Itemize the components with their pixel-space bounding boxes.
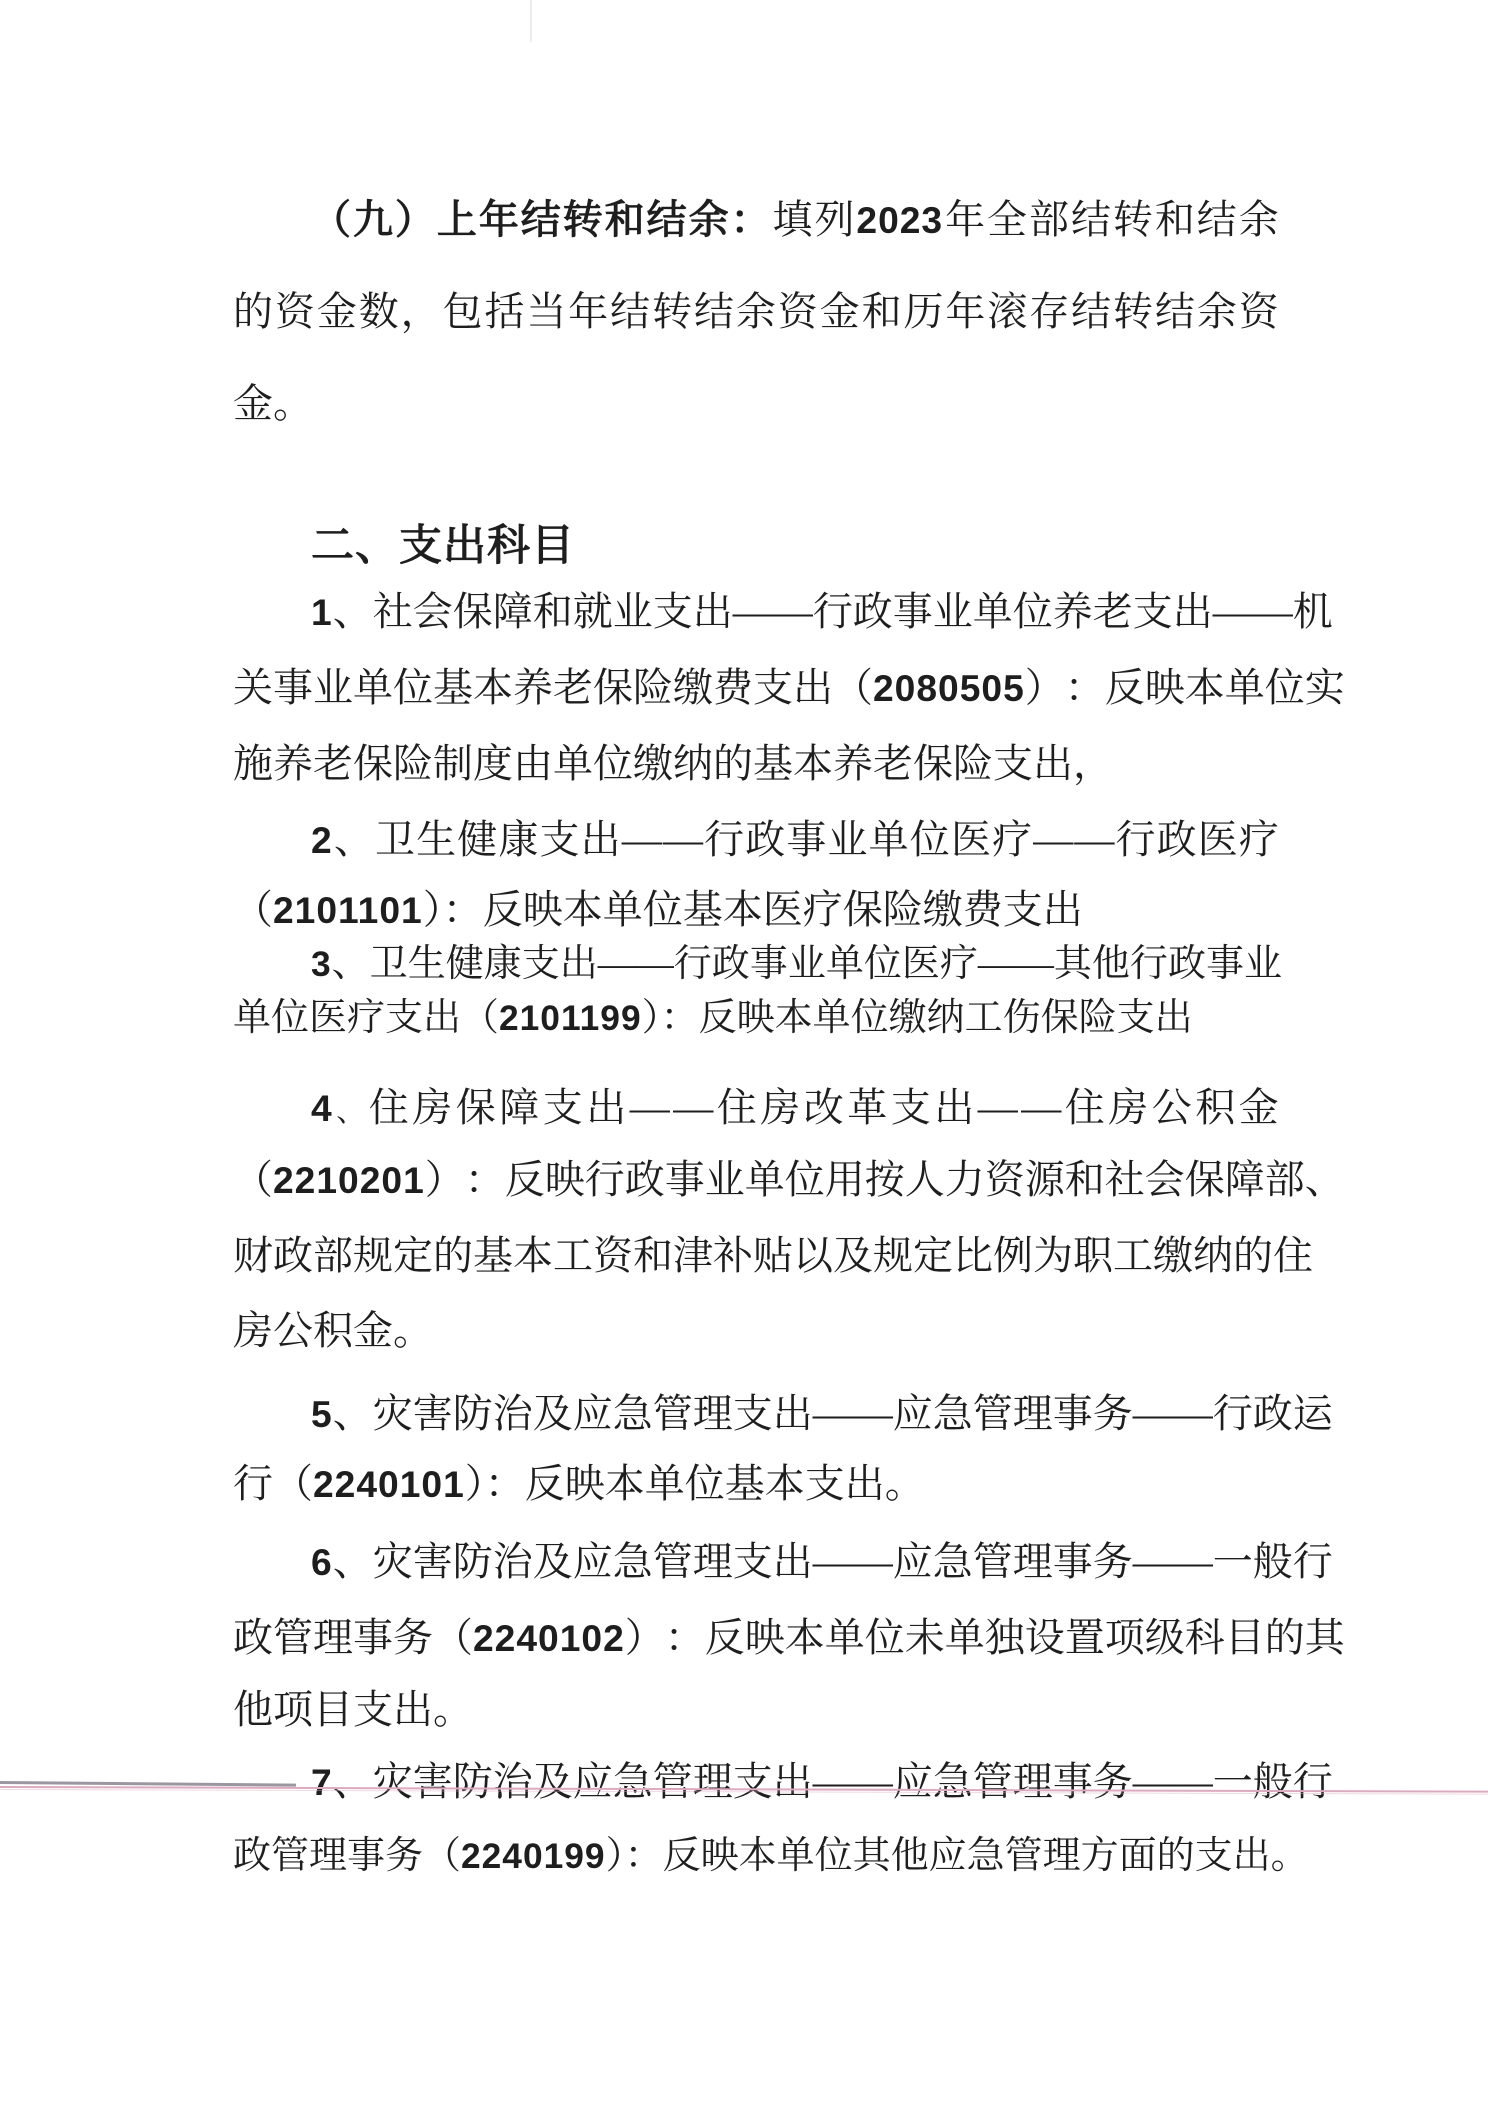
text-segment: 生 <box>408 940 446 988</box>
text-segment: 害 <box>413 1756 453 1808</box>
text-segment: 业 <box>705 1154 745 1206</box>
text-segment: 基 <box>433 662 473 714</box>
text-segment: 应 <box>893 1756 933 1808</box>
text-segment: ）：反映本单位缴纳工伤保险支出 <box>642 997 1193 1039</box>
text-segment: 部 <box>1265 1154 1305 1206</box>
text-segment: 政 <box>853 586 893 638</box>
text-segment: — <box>1033 814 1073 866</box>
text-segment: 应 <box>573 1756 613 1808</box>
text-segment: 2240199 <box>461 1837 606 1876</box>
text-segment: 的 <box>1265 1612 1305 1664</box>
text-segment: 力 <box>945 1154 985 1206</box>
text-segment: 位 <box>910 814 950 866</box>
text-segment: — <box>1133 1756 1173 1808</box>
text-segment: 理 <box>1013 1536 1053 1588</box>
text-segment: 的 <box>1233 1230 1273 1282</box>
text-segment: 单 <box>869 814 909 866</box>
text-segment: ）：反映本单位其他应急管理方面的支出。 <box>606 1835 1309 1877</box>
text-segment: 疗 <box>940 940 978 988</box>
text-line: 4、住房保障支出——住房改革支出——住房公积金 <box>233 1082 1279 1134</box>
text-segment: 映 <box>1145 662 1185 714</box>
text-segment: 出 <box>581 814 621 866</box>
text-segment: 反 <box>1105 662 1145 714</box>
text-segment: 源 <box>1025 1154 1065 1206</box>
text-segment: 定 <box>913 1230 953 1282</box>
text-segment: 住 <box>717 1082 757 1134</box>
text-segment: 生 <box>416 814 456 866</box>
text-segment: 灾 <box>373 1536 413 1588</box>
text-segment: 金 <box>1239 1082 1279 1134</box>
text-segment: 政 <box>273 1230 313 1282</box>
text-segment: 政 <box>1157 814 1197 866</box>
text-segment: 务 <box>1093 1388 1133 1440</box>
text-segment: 出 <box>934 1082 974 1134</box>
text-segment: 级 <box>1145 1612 1185 1664</box>
text-segment: 般 <box>1253 1536 1293 1588</box>
text-segment: 管 <box>273 1612 313 1664</box>
text-segment: 支 <box>733 1536 773 1588</box>
text-segment: 本 <box>785 1612 825 1664</box>
text-segment: 政 <box>745 814 785 866</box>
text-segment: 业 <box>828 814 868 866</box>
text-segment: 未 <box>905 1612 945 1664</box>
text-segment: 单 <box>973 586 1013 638</box>
text-line: 二、支出科目 <box>233 520 1279 572</box>
text-segment: 结 <box>1071 286 1111 338</box>
text-segment: 他项目支出。 <box>233 1687 473 1732</box>
text-segment: 映 <box>745 1612 785 1664</box>
text-segment: 理 <box>1013 1756 1053 1808</box>
text-segment: — <box>1074 814 1114 866</box>
text-segment: — <box>853 1388 893 1440</box>
text-segment: （ <box>833 662 873 714</box>
text-segment: 理 <box>693 1756 733 1808</box>
text-segment: 般 <box>1253 1756 1293 1808</box>
text-segment: — <box>663 814 703 866</box>
text-line: （2101101）：反映本单位基本医疗保险缴费支出 <box>233 884 1279 936</box>
text-segment: 为 <box>1033 1230 1073 1282</box>
text-segment: 养 <box>1053 586 1093 638</box>
text-segment: 老 <box>1093 586 1133 638</box>
text-segment: ： <box>731 194 771 246</box>
text-segment: 一 <box>1213 1536 1253 1588</box>
text-segment: 包 <box>443 286 483 338</box>
text-segment: 资 <box>778 286 818 338</box>
text-segment: 事 <box>665 1154 705 1206</box>
text-segment: 保 <box>593 662 633 714</box>
text-segment: 事 <box>353 1612 393 1664</box>
text-line: 政管理事务（2240199）：反映本单位其他应急管理方面的支出。 <box>233 1832 1279 1880</box>
text-segment: 费 <box>713 662 753 714</box>
text-segment: 反 <box>505 1154 545 1206</box>
text-segment: 出 <box>1173 586 1213 638</box>
text-line: 单位医疗支出（2101199）：反映本单位缴纳工伤保险支出 <box>233 994 1279 1042</box>
text-segment: 行 <box>1293 1756 1333 1808</box>
text-segment: 结 <box>647 194 687 246</box>
text-segment: 急 <box>933 1536 973 1588</box>
text-segment: 和 <box>1065 1154 1105 1206</box>
text-segment: — <box>636 940 674 988</box>
text-segment: 、 <box>1305 1154 1345 1206</box>
text-segment: 津 <box>673 1230 713 1282</box>
text-segment: 政 <box>1253 1388 1293 1440</box>
text-segment: 理 <box>1013 1388 1053 1440</box>
text-segment: — <box>733 586 773 638</box>
text-segment: 险 <box>633 662 673 714</box>
text-segment: 转 <box>563 194 603 246</box>
text-segment: ） <box>395 194 435 246</box>
text-segment: （ <box>433 1612 473 1664</box>
text-segment: 结 <box>694 286 734 338</box>
text-segment: 改 <box>804 1082 844 1134</box>
text-segment: 纳 <box>1193 1230 1233 1282</box>
text-segment: 管 <box>973 1388 1013 1440</box>
text-segment: 、 <box>333 1536 373 1588</box>
text-segment: 7 <box>311 1756 333 1808</box>
text-segment: 房公积金。 <box>233 1308 433 1353</box>
text-segment: 资 <box>275 286 315 338</box>
text-segment: 定 <box>393 1230 433 1282</box>
text-segment: 位 <box>865 1612 905 1664</box>
text-line: 金。 <box>233 378 1279 430</box>
text-segment: 位 <box>1013 586 1053 638</box>
text-segment: — <box>813 1536 853 1588</box>
text-segment: 部 <box>1029 194 1069 246</box>
text-segment: — <box>1133 1388 1173 1440</box>
text-segment: 缴 <box>1153 1230 1193 1282</box>
text-segment: 转 <box>1113 194 1153 246</box>
text-segment: 金 <box>820 286 860 338</box>
text-segment: — <box>1253 586 1293 638</box>
text-segment: 位 <box>393 662 433 714</box>
text-segment: — <box>1173 1756 1213 1808</box>
text-segment: 2240101 <box>313 1463 465 1505</box>
text-segment: — <box>978 940 1016 988</box>
text-segment: （ <box>233 887 273 932</box>
text-segment: 余 <box>1197 286 1237 338</box>
text-segment: 行 <box>704 814 744 866</box>
text-segment: 资 <box>1239 286 1279 338</box>
text-segment: 疗 <box>1239 814 1279 866</box>
text-segment: — <box>1133 1536 1173 1588</box>
text-segment: 和 <box>605 194 645 246</box>
text-segment: 灾 <box>373 1388 413 1440</box>
text-segment: 行（ <box>233 1461 313 1506</box>
text-segment: 九 <box>353 194 393 246</box>
text-segment: 、 <box>333 1388 373 1440</box>
text-segment: 年 <box>945 286 985 338</box>
text-segment: 单 <box>1225 662 1265 714</box>
text-segment: 出 <box>773 1388 813 1440</box>
text-line: 他项目支出。 <box>233 1684 1279 1736</box>
text-segment: 行 <box>1293 1536 1333 1588</box>
text-segment: 事 <box>786 814 826 866</box>
text-segment: 出 <box>586 1082 626 1134</box>
text-segment: 务 <box>1093 1756 1133 1808</box>
text-segment: 实 <box>1305 662 1345 714</box>
text-segment: 财 <box>233 1230 273 1282</box>
text-segment: 、 <box>333 586 373 638</box>
text-line: 的资金数，包括当年结转结余资金和历年滚存结转结余资 <box>233 286 1279 338</box>
text-segment: 机 <box>1293 586 1333 638</box>
text-segment: 的 <box>433 1230 473 1282</box>
text-segment: 一 <box>1213 1756 1253 1808</box>
text-segment: 应 <box>893 1536 933 1588</box>
text-segment: 及 <box>833 1230 873 1282</box>
text-segment: 映 <box>545 1154 585 1206</box>
text-segment: 位 <box>864 940 902 988</box>
text-segment: 结 <box>610 286 650 338</box>
text-segment: 业 <box>1244 940 1282 988</box>
text-segment: 管 <box>973 1536 1013 1588</box>
text-segment: 支 <box>540 814 580 866</box>
text-segment: 务 <box>393 1612 433 1664</box>
text-segment: 其 <box>1305 1612 1345 1664</box>
text-segment: （ <box>233 1154 273 1206</box>
text-segment: 害 <box>413 1536 453 1588</box>
text-segment: 上 <box>437 194 477 246</box>
text-segment: 公 <box>1152 1082 1192 1134</box>
text-segment: 关 <box>233 662 273 714</box>
text-segment: 余 <box>736 286 776 338</box>
text-segment: 单 <box>353 662 393 714</box>
text-segment: 防 <box>453 1756 493 1808</box>
text-segment: 5 <box>311 1388 333 1440</box>
text-segment: 反 <box>705 1612 745 1664</box>
text-segment: 2101101 <box>273 889 423 931</box>
text-segment: — <box>773 586 813 638</box>
text-segment: 事 <box>1053 1756 1093 1808</box>
text-segment: 理 <box>693 1388 733 1440</box>
text-segment: 和 <box>633 1230 673 1282</box>
text-segment: ： <box>665 1612 705 1664</box>
text-segment: 按 <box>865 1154 905 1206</box>
text-segment: — <box>1021 1082 1061 1134</box>
text-segment: 急 <box>933 1756 973 1808</box>
text-segment: 卫 <box>370 940 408 988</box>
text-line: 政管理事务（2240102）：反映本单位未单独设置项级科目的其 <box>233 1612 1279 1664</box>
text-segment: 医 <box>902 940 940 988</box>
text-segment: 积 <box>1195 1082 1235 1134</box>
text-segment: 治 <box>493 1536 533 1588</box>
text-segment: 业 <box>313 662 353 714</box>
text-segment: 职 <box>1073 1230 1113 1282</box>
text-segment: — <box>813 1388 853 1440</box>
text-segment: — <box>673 1082 713 1134</box>
text-segment: 出 <box>773 1536 813 1588</box>
text-segment: 其 <box>1054 940 1092 988</box>
text-segment: 保 <box>1185 1154 1225 1206</box>
text-segment: 、 <box>334 814 374 866</box>
text-segment: 害 <box>413 1388 453 1440</box>
text-segment: 住 <box>1065 1082 1105 1134</box>
text-segment: 本 <box>513 1230 553 1282</box>
text-segment: 支 <box>1133 586 1173 638</box>
text-segment: 年 <box>568 286 608 338</box>
text-segment: 会 <box>413 586 453 638</box>
text-segment: 比 <box>953 1230 993 1282</box>
text-line: （九）上年结转和结余：填列2023年全部结转和结余 <box>233 194 1279 246</box>
text-segment: 1 <box>311 586 333 638</box>
text-segment: 业 <box>613 586 653 638</box>
text-segment: 填 <box>772 194 812 246</box>
text-segment: 房 <box>1108 1082 1148 1134</box>
text-segment: 2210201 <box>273 1154 425 1206</box>
text-line: 6、灾害防治及应急管理支出——应急管理事务——一般行 <box>233 1536 1279 1588</box>
text-segment: 支 <box>753 662 793 714</box>
document-page: （九）上年结转和结余：填列2023年全部结转和结余的资金数，包括当年结转结余资金… <box>0 0 1488 2104</box>
text-segment: — <box>630 1082 670 1134</box>
text-segment: — <box>853 1756 893 1808</box>
text-segment: 健 <box>457 814 497 866</box>
text-segment: 急 <box>613 1388 653 1440</box>
text-segment: ： <box>1065 662 1105 714</box>
text-segment: 转 <box>1113 286 1153 338</box>
text-segment: 2080505 <box>873 662 1025 714</box>
text-segment: 资 <box>985 1154 1025 1206</box>
text-segment: 、 <box>333 1756 373 1808</box>
text-segment: 支 <box>522 940 560 988</box>
text-segment: 4 <box>311 1082 333 1134</box>
text-segment: 目 <box>1225 1612 1265 1664</box>
text-segment: 补 <box>713 1230 753 1282</box>
text-line: 关事业单位基本养老保险缴费支出（2080505）：反映本单位实 <box>233 662 1279 714</box>
text-segment: 障 <box>1225 1154 1265 1206</box>
text-segment: 以 <box>793 1230 833 1282</box>
text-segment: 的 <box>233 286 273 338</box>
text-segment: 位 <box>785 1154 825 1206</box>
text-line: 财政部规定的基本工资和津补贴以及规定比例为职工缴纳的住 <box>233 1230 1279 1282</box>
text-segment: 急 <box>933 1388 973 1440</box>
text-segment: 会 <box>1145 1154 1185 1206</box>
text-segment: 行 <box>674 940 712 988</box>
text-segment: 保 <box>456 1082 496 1134</box>
text-segment: 贴 <box>753 1230 793 1282</box>
text-segment: 房 <box>412 1082 452 1134</box>
text-segment: 行 <box>585 1154 625 1206</box>
text-segment: 务 <box>1093 1536 1133 1588</box>
text-segment: 规 <box>873 1230 913 1282</box>
text-segment: 就 <box>573 586 613 638</box>
text-segment: 本 <box>473 662 513 714</box>
text-segment: 全 <box>987 194 1027 246</box>
text-segment: 单 <box>826 940 864 988</box>
text-segment: 保 <box>453 586 493 638</box>
text-segment: 障 <box>493 586 533 638</box>
text-segment: 事 <box>1053 1388 1093 1440</box>
text-segment: 急 <box>613 1756 653 1808</box>
text-segment: 当 <box>526 286 566 338</box>
text-segment: 、 <box>332 940 370 988</box>
text-segment: 项 <box>1105 1612 1145 1664</box>
text-segment: ） <box>625 1612 665 1664</box>
text-segment: 管 <box>653 1756 693 1808</box>
text-segment: 社 <box>373 586 413 638</box>
text-segment: 应 <box>573 1536 613 1588</box>
text-segment: — <box>978 1082 1018 1134</box>
text-segment: 出 <box>793 662 833 714</box>
text-segment: 支 <box>543 1082 583 1134</box>
text-segment: 出 <box>773 1756 813 1808</box>
text-segment: 运 <box>1293 1388 1333 1440</box>
text-segment: 事 <box>1053 1536 1093 1588</box>
text-segment: 出 <box>560 940 598 988</box>
text-line: 5、灾害防治及应急管理支出——应急管理事务——行政运 <box>233 1388 1279 1440</box>
text-segment: 及 <box>533 1536 573 1588</box>
text-segment: 政管理事务（ <box>233 1835 461 1877</box>
text-segment: — <box>1213 586 1253 638</box>
text-segment: 医 <box>1198 814 1238 866</box>
text-segment: 位 <box>1265 662 1305 714</box>
text-segment: 行 <box>1116 814 1156 866</box>
text-segment: 行 <box>1130 940 1168 988</box>
text-segment: 结 <box>1071 194 1111 246</box>
text-segment: 用 <box>825 1154 865 1206</box>
text-segment: 余 <box>689 194 729 246</box>
text-segment: 理 <box>313 1612 353 1664</box>
text-segment: — <box>813 1756 853 1808</box>
text-segment: 政 <box>233 1612 273 1664</box>
text-segment: 结 <box>1155 286 1195 338</box>
text-segment: 2240102 <box>473 1612 625 1664</box>
text-line: 施养老保险制度由单位缴纳的基本养老保险支出， <box>233 738 1279 790</box>
text-segment: 工 <box>553 1230 593 1282</box>
text-segment: 业 <box>933 586 973 638</box>
text-segment: 医 <box>951 814 991 866</box>
text-line: 1、社会保障和就业支出——行政事业单位养老支出——机 <box>233 586 1279 638</box>
text-segment: 卫 <box>375 814 415 866</box>
text-segment: 出 <box>693 586 733 638</box>
text-segment: 支 <box>891 1082 931 1134</box>
text-segment: 2023 <box>856 194 943 246</box>
text-segment: 科 <box>1185 1612 1225 1664</box>
text-segment: 养 <box>513 662 553 714</box>
text-segment: 支 <box>733 1756 773 1808</box>
text-segment: 理 <box>693 1536 733 1588</box>
text-segment: 余 <box>1239 194 1279 246</box>
text-segment: 二、支出科目 <box>311 522 575 570</box>
text-segment: 括 <box>484 286 524 338</box>
text-segment: 结 <box>1197 194 1237 246</box>
text-segment: 6 <box>311 1536 333 1588</box>
text-segment: 康 <box>498 814 538 866</box>
text-segment: 健 <box>446 940 484 988</box>
text-segment: ， <box>401 286 441 338</box>
text-segment: 存 <box>1029 286 1069 338</box>
text-segment: 3 <box>311 941 332 989</box>
text-segment: 例 <box>993 1230 1033 1282</box>
text-segment: 年 <box>945 194 985 246</box>
text-segment: 事 <box>273 662 313 714</box>
text-segment: — <box>853 1536 893 1588</box>
text-segment: 政 <box>625 1154 665 1206</box>
text-segment: 金。 <box>233 381 313 426</box>
text-segment: 单位医疗支出（ <box>233 997 499 1039</box>
text-segment: 住 <box>1273 1230 1313 1282</box>
text-segment: 、 <box>336 1086 365 1138</box>
text-segment: ）：反映本单位基本医疗保险缴费支出 <box>423 887 1083 932</box>
text-segment: 和 <box>533 586 573 638</box>
text-line: 7、灾害防治及应急管理支出——应急管理事务——一般行 <box>233 1756 1279 1808</box>
text-segment: 设 <box>1025 1612 1065 1664</box>
text-segment: 2101199 <box>499 999 642 1038</box>
text-segment: 政 <box>712 940 750 988</box>
text-segment: ）：反映本单位基本支出。 <box>465 1461 925 1506</box>
text-segment: 滚 <box>987 286 1027 338</box>
text-segment: 独 <box>985 1612 1025 1664</box>
text-segment: 支 <box>733 1388 773 1440</box>
text-segment: 管 <box>653 1536 693 1588</box>
